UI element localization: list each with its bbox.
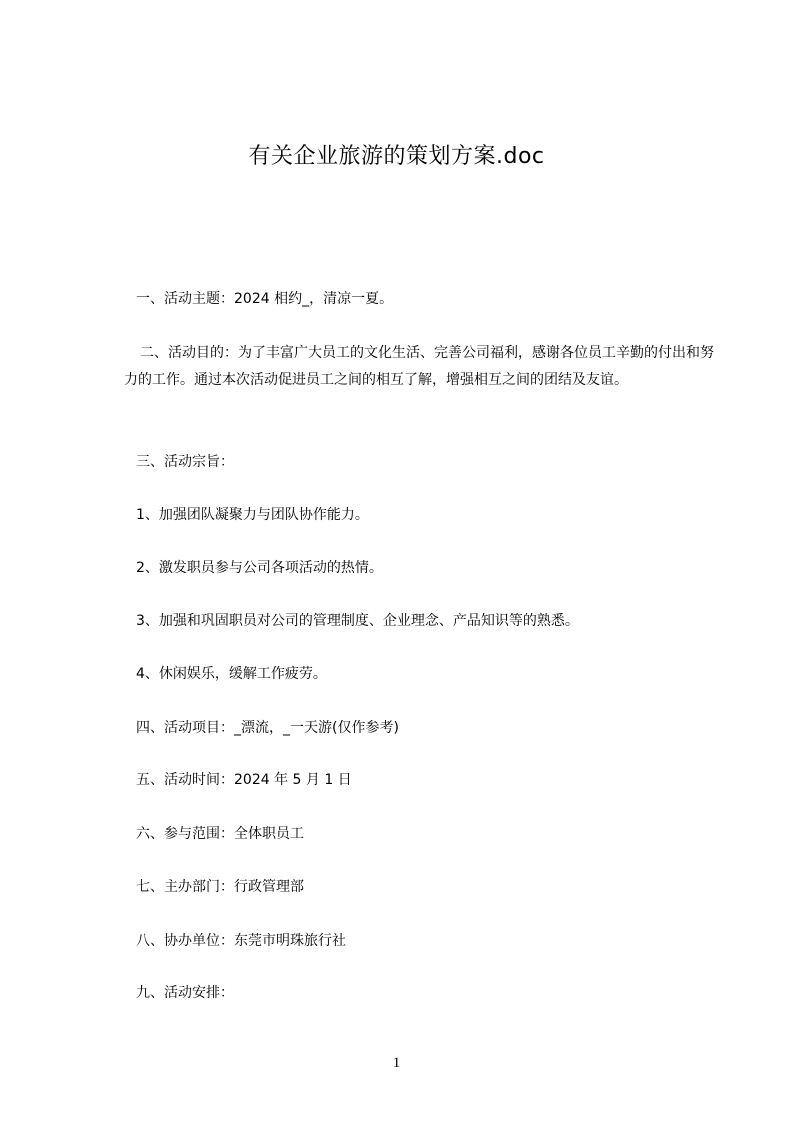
section-organizer: 七、主办部门：行政管理部 [136,877,304,897]
tenet-item-4: 4、休闲娱乐，缓解工作疲劳。 [136,664,327,684]
tenet-item-3: 3、加强和巩固职员对公司的管理制度、企业理念、产品知识等的熟悉。 [136,611,579,631]
tenet-item-1: 1、加强团队凝聚力与团队协作能力。 [136,505,369,525]
page-number: 1 [0,1055,793,1072]
section-purpose: 二、活动目的：为了丰富广大员工的文化生活、完善公司福利，感谢各位员工辛勤的付出和… [124,340,714,394]
section-schedule-heading: 九、活动安排： [136,983,234,1003]
section-theme: 一、活动主题：2024 相约_，清凉一夏。 [136,289,393,309]
section-activities: 四、活动项目：_漂流，_一天游(仅作参考) [136,718,399,738]
section-tenets-heading: 三、活动宗旨： [136,452,234,472]
document-title: 有关企业旅游的策划方案.doc [0,142,793,172]
section-co-organizer: 八、协办单位：东莞市明珠旅行社 [136,931,346,951]
section-time: 五、活动时间：2024 年 5 月 1 日 [136,770,352,790]
section-participants: 六、参与范围：全体职员工 [136,824,304,844]
tenet-item-2: 2、激发职员参与公司各项活动的热情。 [136,558,383,578]
